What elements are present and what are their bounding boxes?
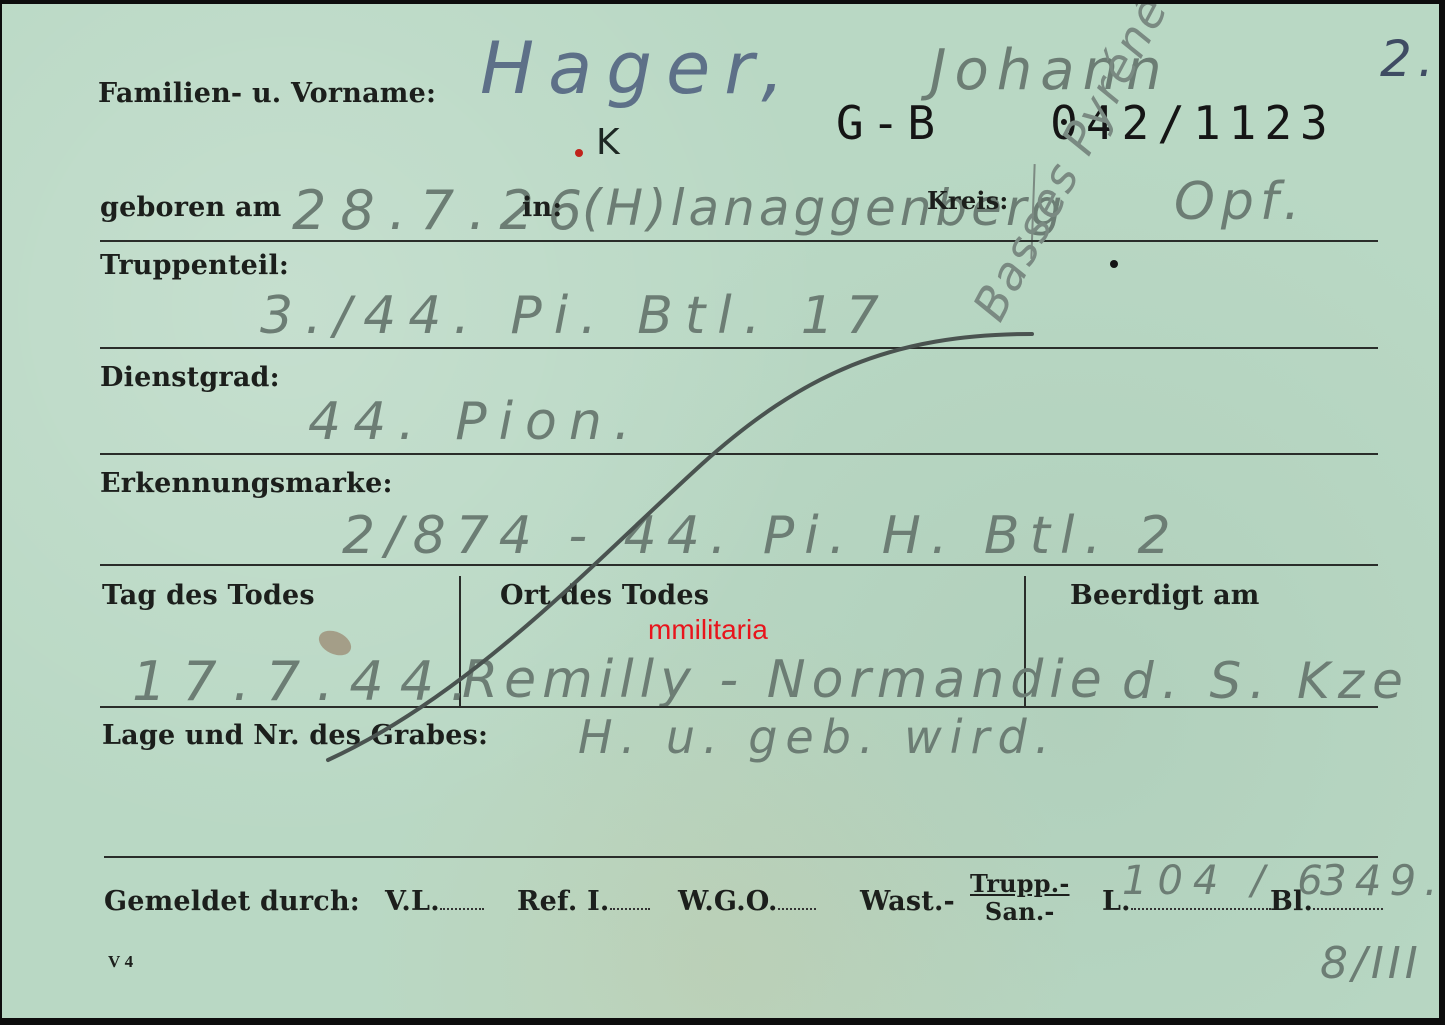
strike-through-stroke [2,4,1439,1018]
death-record-card: 2. Familien- u. Vorname: Hager, Johann G… [2,4,1439,1018]
